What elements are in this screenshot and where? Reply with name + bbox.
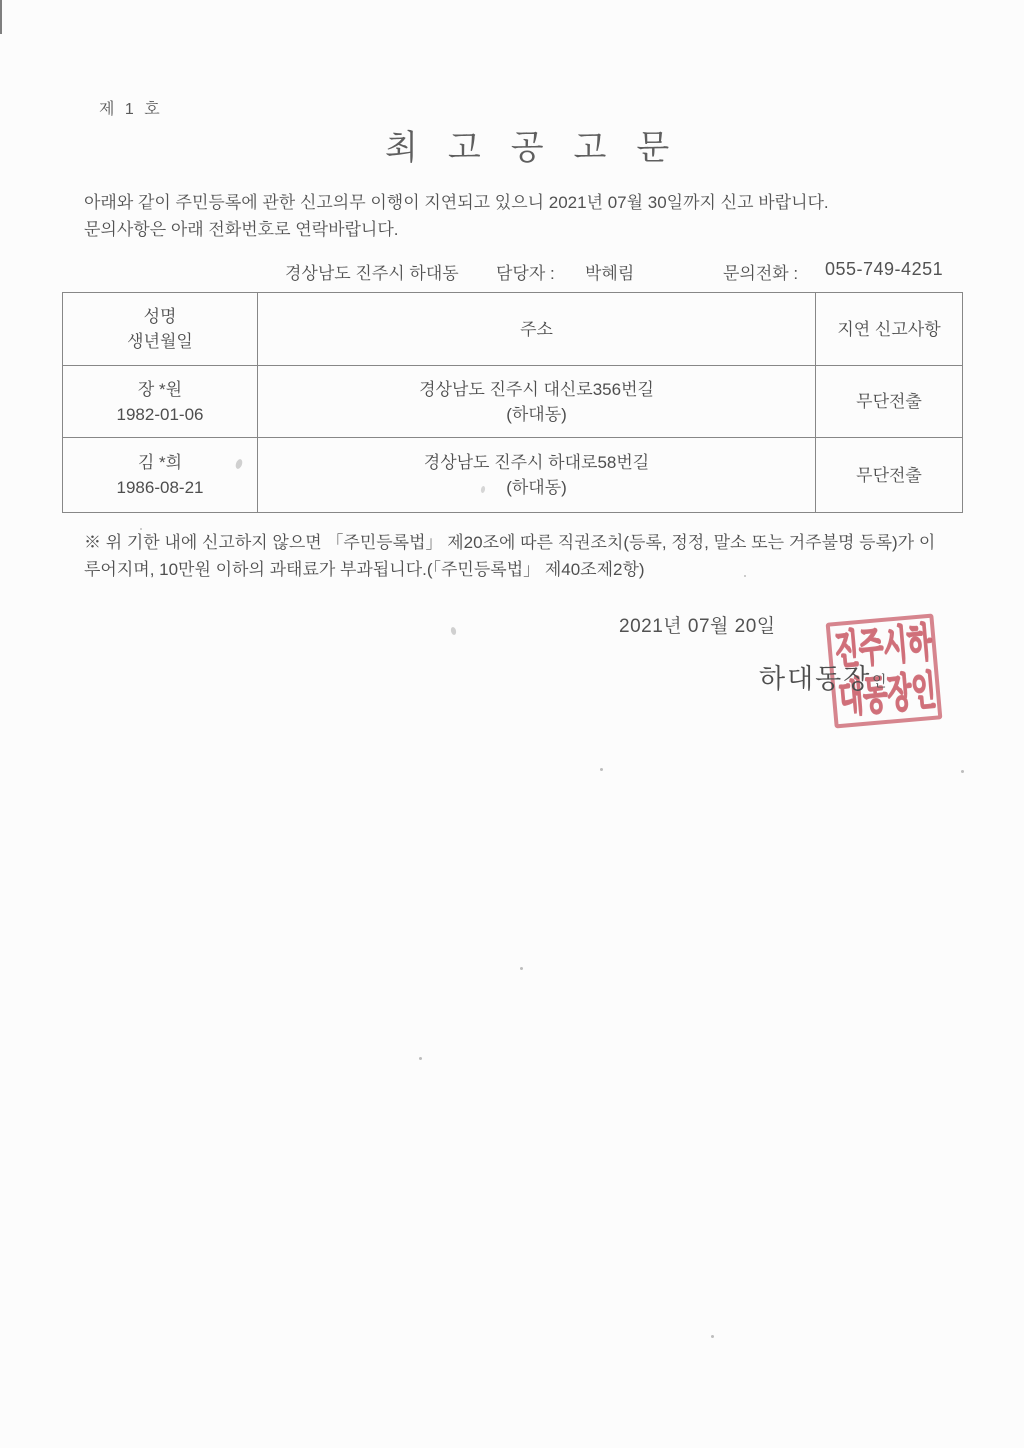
- cell-address-line2: (하대동): [258, 402, 815, 427]
- phone-label: 문의전화 :: [723, 259, 798, 284]
- cell-address: 경상남도 진주시 대신로356번길 (하대동): [258, 366, 816, 438]
- scan-speck: [711, 1335, 714, 1338]
- scan-speck: [520, 967, 523, 970]
- intro-paragraph: 아래와 같이 주민등록에 관한 신고의무 이행이 지연되고 있으니 2021년 …: [84, 189, 829, 243]
- cell-name: 장 *원: [63, 377, 257, 402]
- cell-address-line1: 경상남도 진주시 하대로58번길: [258, 450, 815, 475]
- cell-birth: 1986-08-21: [63, 475, 257, 500]
- header-cell-address: 주소: [258, 293, 816, 366]
- cell-address: 경상남도 진주시 하대로58번길 (하대동): [258, 438, 816, 513]
- cell-name: 김 *희: [63, 450, 257, 475]
- cell-address-line2: (하대동): [258, 475, 815, 500]
- page-title: 최고공고문: [385, 120, 699, 169]
- cell-address-line1: 경상남도 진주시 대신로356번길: [258, 377, 815, 402]
- scan-speck: [961, 770, 964, 773]
- intro-line-2: 문의사항은 아래 전화번호로 연락바랍니다.: [84, 216, 829, 243]
- seal-char: 인: [872, 670, 887, 691]
- phone-number: 055-749-4251: [825, 259, 943, 280]
- header-name-label: 성명: [63, 304, 257, 329]
- document-page: 제 1 호 최고공고문 아래와 같이 주민등록에 관한 신고의무 이행이 지연되…: [0, 0, 1024, 1448]
- notice-table: 성명 생년월일 주소 지연 신고사항 장 *원 1982-01-06 경상남도 …: [62, 292, 963, 513]
- scan-speck: [600, 768, 603, 771]
- issue-date: 2021년 07월 20일: [619, 611, 776, 638]
- cell-name-dob: 장 *원 1982-01-06: [63, 366, 258, 438]
- office-info-line: 경상남도 진주시 하대동 담당자 : 박혜림 문의전화 : 055-749-42…: [0, 259, 1024, 281]
- table-header-row: 성명 생년월일 주소 지연 신고사항: [63, 293, 963, 366]
- scan-speck: [450, 626, 457, 635]
- footnote-line-1: ※ 위 기한 내에 신고하지 않으면 「주민등록법」 제20조에 따른 직권조치…: [84, 529, 935, 556]
- table-row: 김 *희 1986-08-21 경상남도 진주시 하대로58번길 (하대동) 무…: [63, 438, 963, 513]
- scan-speck: [140, 528, 142, 530]
- header-dob-label: 생년월일: [63, 329, 257, 354]
- contact-label: 담당자 :: [496, 259, 555, 284]
- scan-speck: [744, 575, 746, 577]
- footnote: ※ 위 기한 내에 신고하지 않으면 「주민등록법」 제20조에 따른 직권조치…: [84, 529, 935, 583]
- table-row: 장 *원 1982-01-06 경상남도 진주시 대신로356번길 (하대동) …: [63, 366, 963, 438]
- cell-name-dob: 김 *희 1986-08-21: [63, 438, 258, 513]
- header-cell-status: 지연 신고사항: [816, 293, 963, 366]
- contact-name: 박혜림: [585, 259, 634, 284]
- intro-line-1: 아래와 같이 주민등록에 관한 신고의무 이행이 지연되고 있으니 2021년 …: [84, 189, 829, 216]
- footnote-line-2: 루어지며, 10만원 이하의 과태료가 부과됩니다.(「주민등록법」 제40조제…: [84, 556, 935, 583]
- doc-number: 제 1 호: [99, 96, 163, 119]
- scan-artifact-edge: [0, 0, 2, 34]
- cell-status: 무단전출: [816, 438, 963, 513]
- header-cell-name-dob: 성명 생년월일: [63, 293, 258, 366]
- signer-title: 하대동장: [759, 657, 871, 696]
- scan-speck: [419, 1057, 422, 1060]
- cell-birth: 1982-01-06: [63, 402, 257, 427]
- office-region: 경상남도 진주시 하대동: [285, 259, 459, 284]
- cell-status: 무단전출: [816, 366, 963, 438]
